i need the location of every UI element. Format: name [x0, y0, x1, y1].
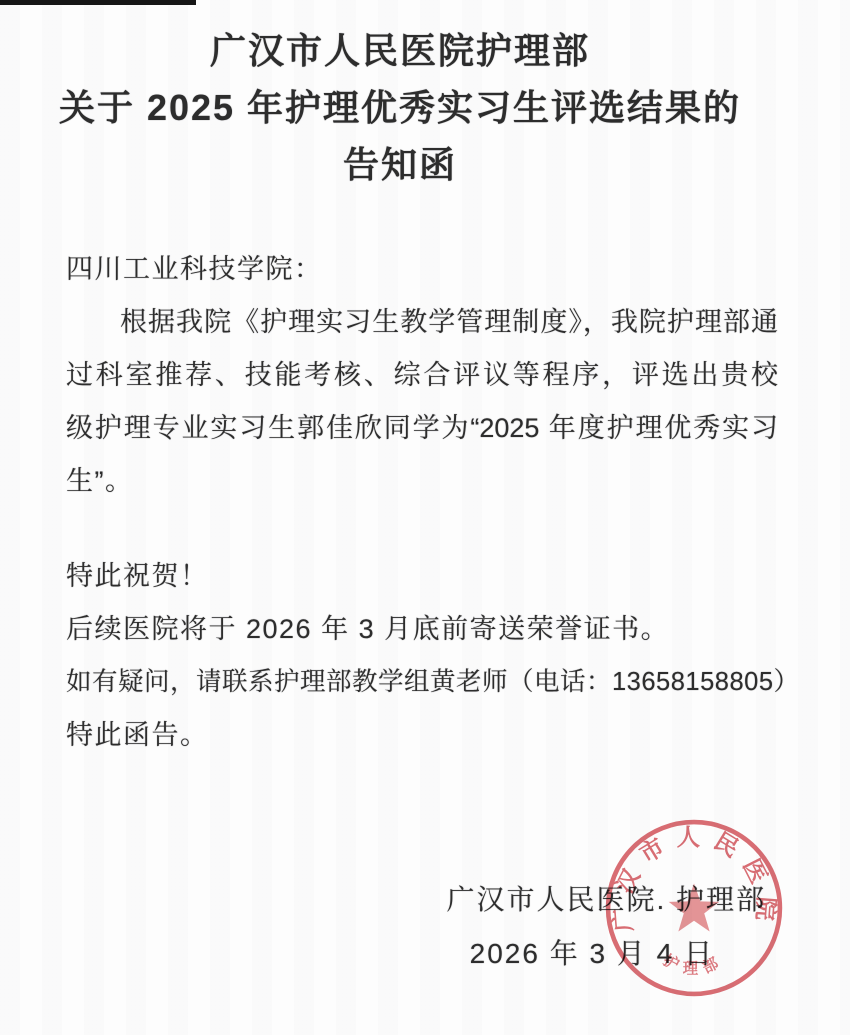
closing-line: 特此函告。	[66, 709, 778, 762]
certificate-notice-line: 后续医院将于 2026 年 3 月底前寄送荣誉证书。	[66, 603, 778, 656]
title-line-2: 关于 2025 年护理优秀实习生评选结果的	[40, 79, 760, 136]
date-line: 2026 年 3 月 4 日	[470, 932, 714, 972]
title-line-1: 广汉市人民医院护理部	[40, 22, 760, 79]
paragraph-line-4: 生”。	[66, 455, 778, 508]
paragraph-line-2: 过科室推荐、技能考核、综合评议等程序，评选出贵校 2023	[66, 349, 778, 402]
congrats-line: 特此祝贺！	[66, 550, 778, 603]
scan-artifact-strip	[0, 0, 196, 5]
signature-line: 广汉市人民医院. 护理部	[446, 878, 766, 918]
scanned-letter-page: 广汉市人民医院护理部 关于 2025 年护理优秀实习生评选结果的 告知函 四川工…	[0, 0, 850, 1035]
letter-title-block: 广汉市人民医院护理部 关于 2025 年护理优秀实习生评选结果的 告知函	[40, 22, 760, 193]
paragraph-line-1: 根据我院《护理实习生教学管理制度》，我院护理部通	[66, 296, 778, 349]
title-line-3: 告知函	[40, 136, 760, 193]
paragraph-line-3: 级护理专业实习生郭佳欣同学为“2025 年度护理优秀实习	[66, 402, 778, 455]
contact-line: 如有疑问，请联系护理部教学组黄老师（电话：13658158805）	[66, 656, 778, 709]
salutation: 四川工业科技学院：	[66, 243, 778, 296]
letter-body: 四川工业科技学院： 根据我院《护理实习生教学管理制度》，我院护理部通 过科室推荐…	[66, 243, 778, 762]
